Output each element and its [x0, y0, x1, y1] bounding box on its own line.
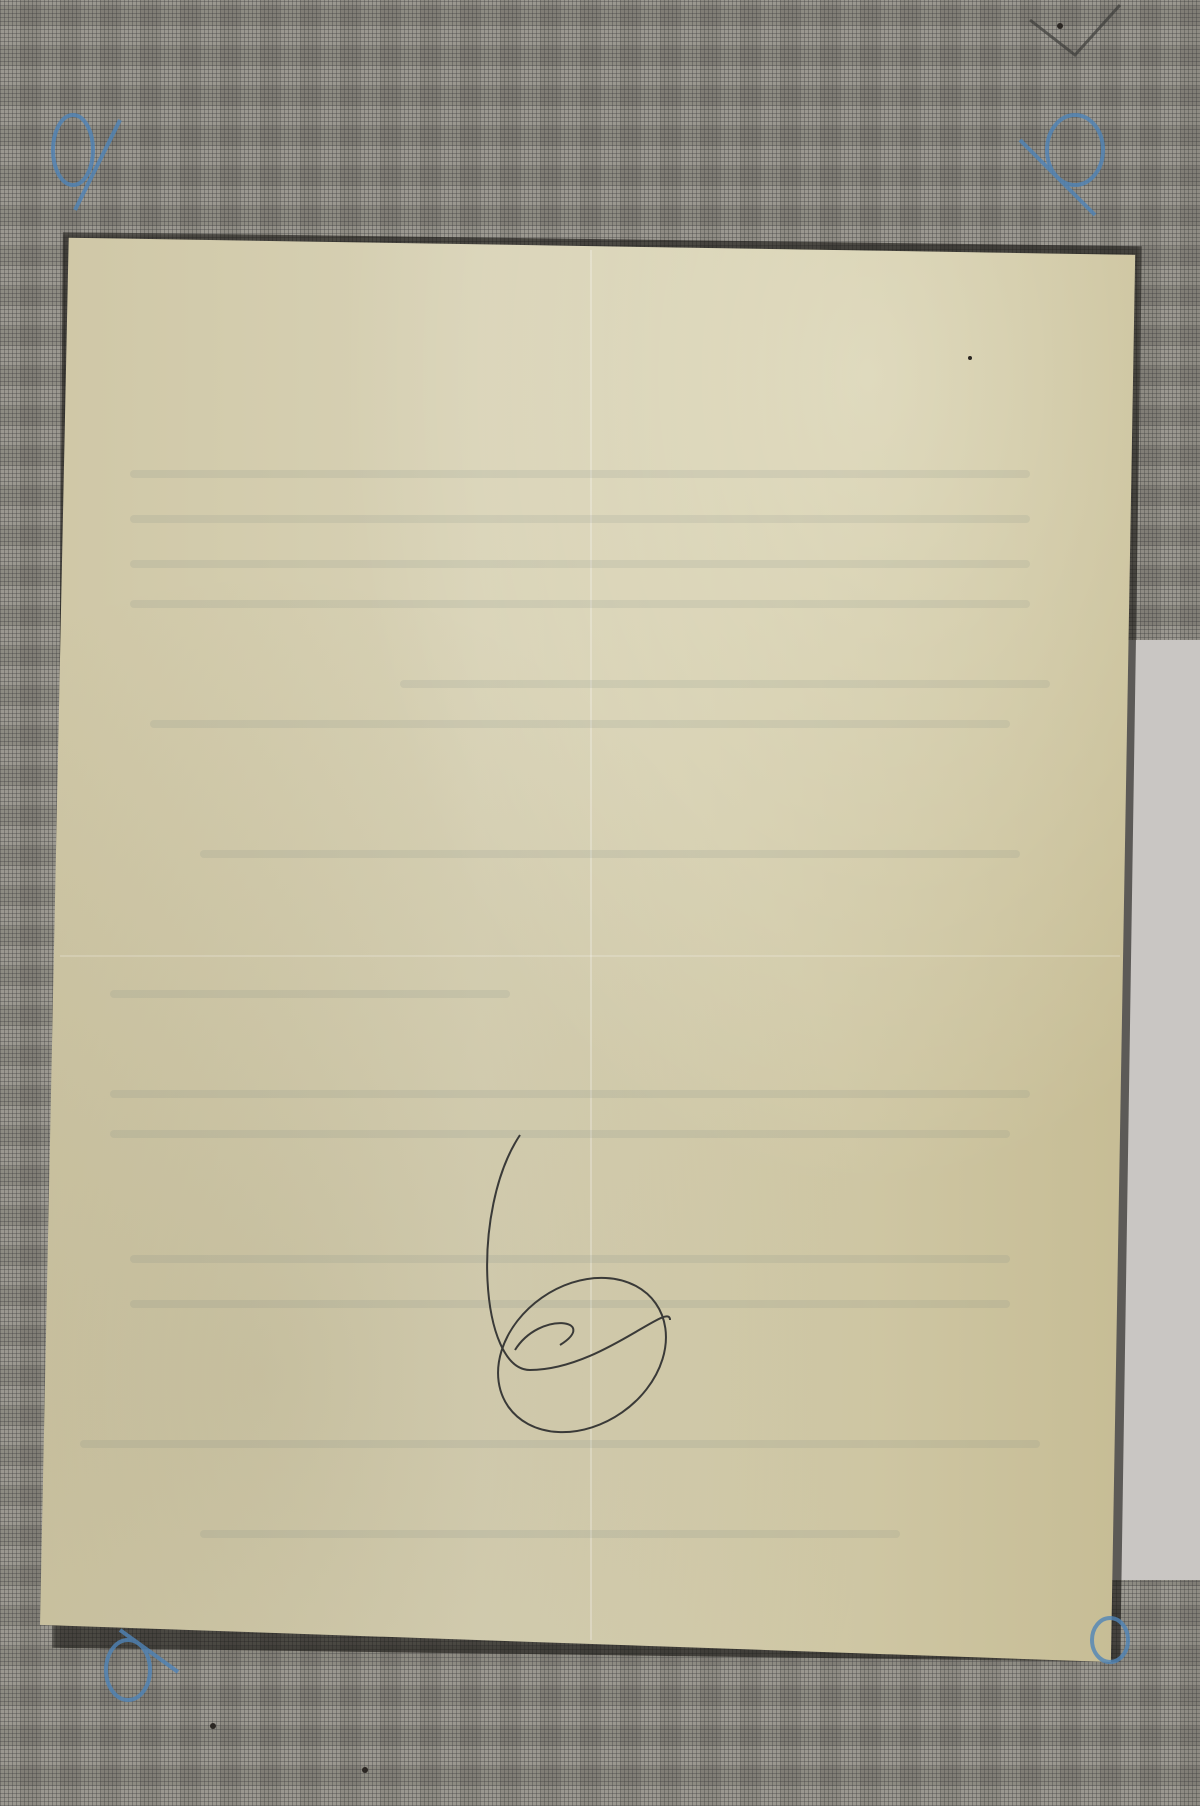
- blue-corner-mark-bottom-right: [1092, 1618, 1128, 1662]
- dust-specks: [210, 23, 1063, 1773]
- blue-corner-mark-top-right: [1020, 115, 1103, 215]
- pencil-number-six-mark: [468, 1135, 696, 1464]
- marks-layer: [0, 0, 1200, 1806]
- blue-corner-mark-top-left: [53, 115, 120, 210]
- blue-corner-mark-bottom-left: [106, 1630, 178, 1700]
- pencil-check-mark-top-right: [1030, 5, 1120, 55]
